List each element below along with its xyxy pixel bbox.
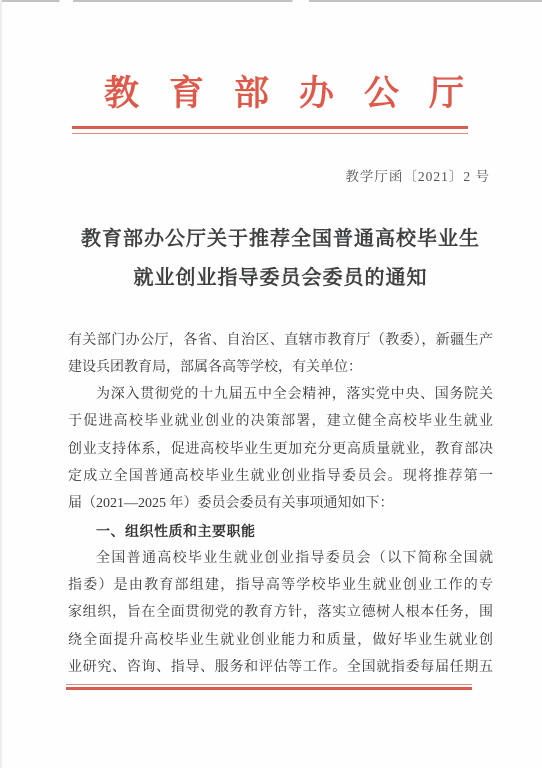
body-line: 绕全面提升高校毕业生就业创业能力和质量，做好毕业生就业创 — [68, 627, 493, 654]
issuing-agency-masthead: 教育部办公厅 — [0, 76, 542, 111]
footer-double-rule — [66, 684, 472, 690]
body-line: 全国普通高校毕业生就业创业指导委员会（以下简称全国就 — [68, 545, 493, 572]
body-line: 届（2021—2025 年）委员会委员有关事项通知如下： — [68, 490, 493, 517]
notice-title: 教育部办公厅关于推荐全国普通高校毕业生 就业创业指导委员会委员的通知 — [68, 220, 493, 298]
masthead-double-rule — [72, 126, 468, 134]
body-line-recipients-2: 建设兵团教育局，部属各高等学校，有关单位： — [68, 354, 493, 381]
body-line: 家组织，旨在全面贯彻党的教育方针，落实立德树人根本任务，围 — [68, 599, 493, 626]
scan-edge-artifact — [0, 0, 542, 2]
body-line: 创业支持体系，促进高校毕业生更加充分更高质量就业，教育部决 — [68, 436, 493, 463]
section-heading: 一、组织性质和主要职能 — [68, 518, 493, 545]
body-line: 指委）是由教育部组建，指导高等学校毕业生就业创业工作的专 — [68, 572, 493, 599]
scanned-document-page: 教育部办公厅 教学厅函〔2021〕2 号 教育部办公厅关于推荐全国普通高校毕业生… — [0, 0, 542, 768]
document-number: 教学厅函〔2021〕2 号 — [0, 170, 490, 184]
document-body: 有关部门办公厅，各省、自治区、直辖市教育厅（教委），新疆生产 建设兵团教育局，部… — [68, 327, 493, 682]
body-line: 为深入贯彻党的十九届五中全会精神，落实党中央、国务院关 — [68, 381, 493, 408]
body-line-recipients-1: 有关部门办公厅，各省、自治区、直辖市教育厅（教委），新疆生产 — [68, 327, 493, 354]
body-line: 定成立全国普通高校毕业生就业创业指导委员会。现将推荐第一 — [68, 463, 493, 490]
body-line: 业研究、咨询、指导、服务和评估等工作。全国就指委每届任期五 — [68, 654, 493, 681]
notice-title-line-2: 就业创业指导委员会委员的通知 — [68, 259, 493, 298]
scan-edge-artifact-left — [0, 0, 2, 768]
body-line: 于促进高校毕业就业创业的决策部署，建立健全高校毕业生就业 — [68, 408, 493, 435]
notice-title-line-1: 教育部办公厅关于推荐全国普通高校毕业生 — [68, 220, 493, 259]
